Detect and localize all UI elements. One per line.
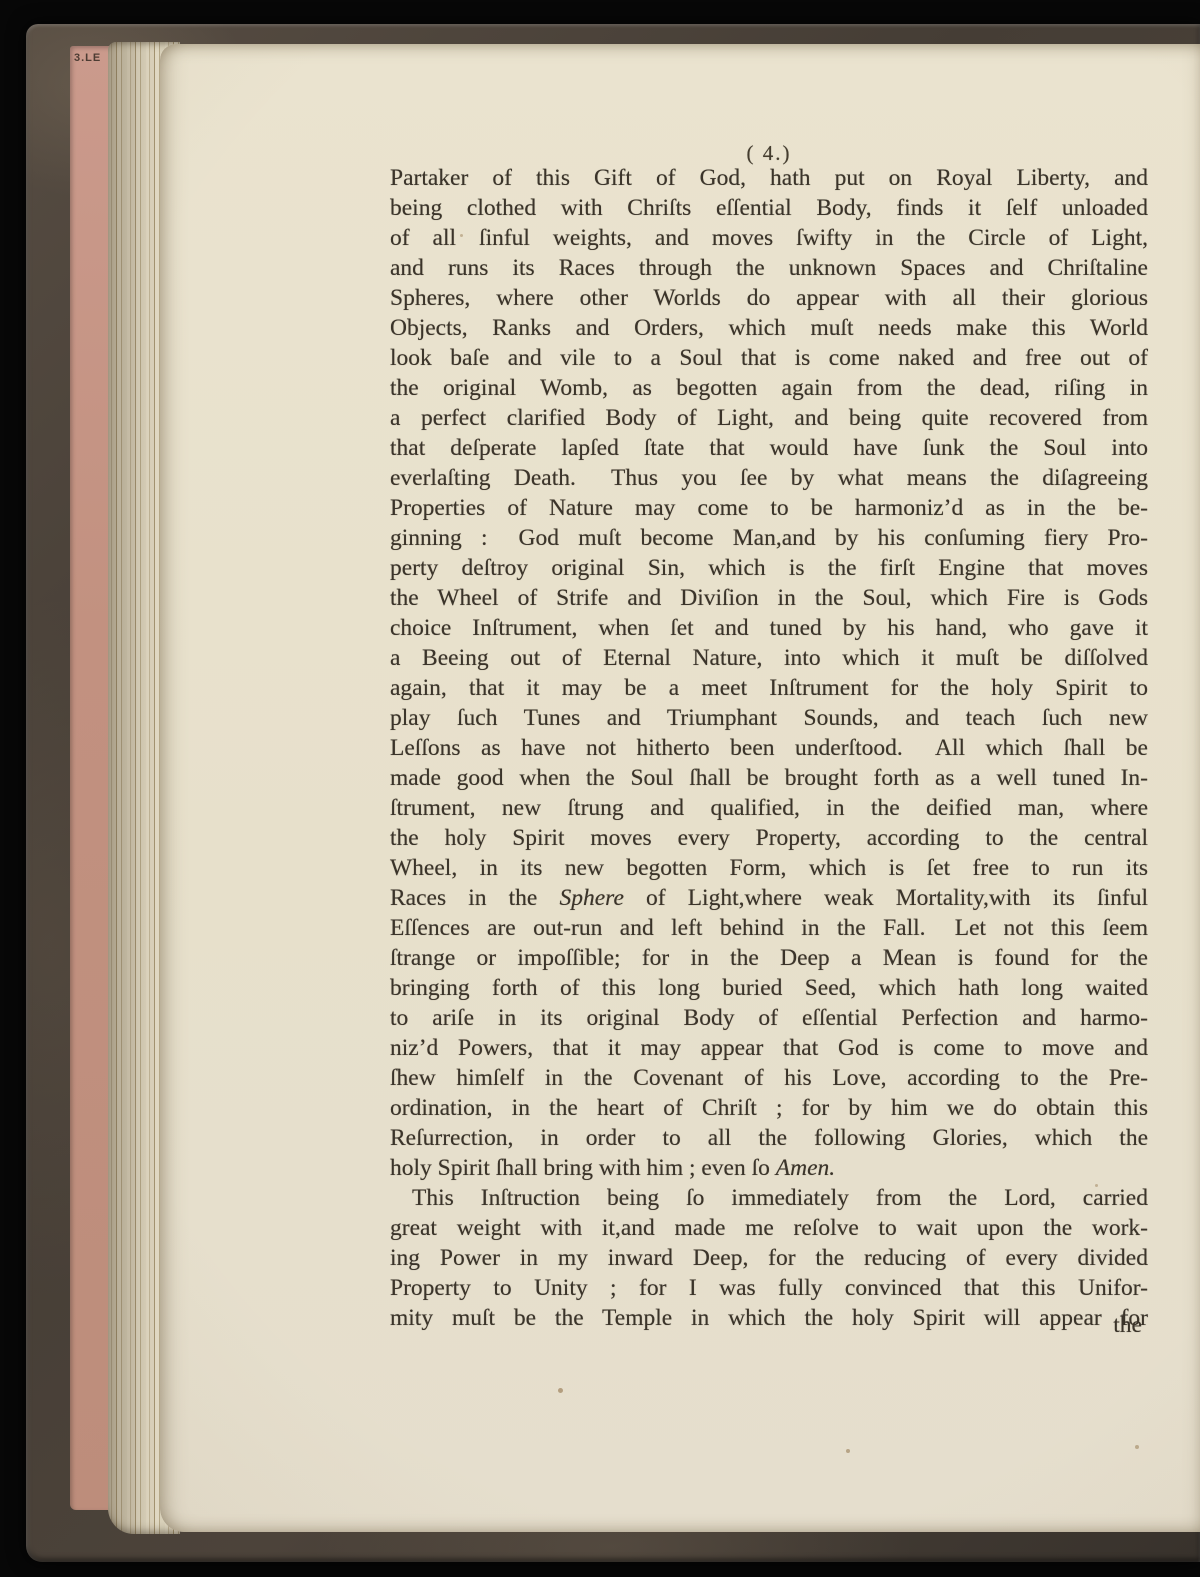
text-line: Wheel, in its new begotten Form, which i… xyxy=(390,853,1148,883)
text-line: Reſurrection, in order to all the follow… xyxy=(390,1123,1148,1153)
text-line: Races in the Sphere of Light,where weak … xyxy=(390,883,1148,913)
text-line: Eſſences are out-run and left behind in … xyxy=(390,913,1148,943)
text-line: bringing forth of this long buried Seed,… xyxy=(390,973,1148,1003)
scan-background: 3.LE ( 4.) Partaker of this Gift of God,… xyxy=(0,0,1200,1577)
text-line: Objects, Ranks and Orders, which muſt ne… xyxy=(390,313,1148,343)
text-line: holy Spirit ſhall bring with him ; even … xyxy=(390,1153,1148,1183)
text-line: being clothed with Chriſts eſſential Bod… xyxy=(390,193,1148,223)
text-line: of all ſinful weights, and moves ſwifty … xyxy=(390,223,1148,253)
paper-speck xyxy=(1135,1445,1139,1449)
text-line: a Beeing out of Eternal Nature, into whi… xyxy=(390,643,1148,673)
text-line: Properties of Nature may come to be harm… xyxy=(390,493,1148,523)
text-line: niz’d Powers, that it may appear that Go… xyxy=(390,1033,1148,1063)
text-line: the Wheel of Strife and Diviſion in the … xyxy=(390,583,1148,613)
text-line: ſtrument, new ſtrung and qualified, in t… xyxy=(390,793,1148,823)
text-line: the original Womb, as begotten again fro… xyxy=(390,373,1148,403)
text-line: great weight with it,and made me reſolve… xyxy=(390,1213,1148,1243)
text-line: Partaker of this Gift of God, hath put o… xyxy=(390,163,1148,193)
text-line: ſtrange or impoſſible; for in the Deep a… xyxy=(390,943,1148,973)
text-line: again, that it may be a meet Inſtrument … xyxy=(390,673,1148,703)
catchword: the xyxy=(390,1312,1142,1339)
text-line: and runs its Races through the unknown S… xyxy=(390,253,1148,283)
text-line: everlaſting Death. Thus you ſee by what … xyxy=(390,463,1148,493)
text-line: a perfect clarified Body of Light, and b… xyxy=(390,403,1148,433)
text-line: Spheres, where other Worlds do appear wi… xyxy=(390,283,1148,313)
text-line: ſhew himſelf in the Covenant of his Love… xyxy=(390,1063,1148,1093)
text-line: This Inſtruction being ſo immediately fr… xyxy=(390,1183,1148,1213)
text-line: ing Power in my inward Deep, for the red… xyxy=(390,1243,1148,1273)
text-line: that deſperate lapſed ſtate that would h… xyxy=(390,433,1148,463)
text-line: ordination, in the heart of Chriſt ; for… xyxy=(390,1093,1148,1123)
text-line: the holy Spirit moves every Property, ac… xyxy=(390,823,1148,853)
text-line: ginning : God muſt become Man,and by his… xyxy=(390,523,1148,553)
text-line: look baſe and vile to a Soul that is com… xyxy=(390,343,1148,373)
text-line: play ſuch Tunes and Triumphant Sounds, a… xyxy=(390,703,1148,733)
text-line: perty deſtroy original Sin, which is the… xyxy=(390,553,1148,583)
text-line: to ariſe in its original Body of eſſenti… xyxy=(390,1003,1148,1033)
text-block: Partaker of this Gift of God, hath put o… xyxy=(390,163,1148,1333)
text-line: Leſſons as have not hitherto been underſ… xyxy=(390,733,1148,763)
paper-speck xyxy=(846,1449,850,1453)
paper-speck xyxy=(558,1388,563,1393)
text-line: made good when the Soul ſhall be brought… xyxy=(390,763,1148,793)
text-line: choice Inſtrument, when ſet and tuned by… xyxy=(390,613,1148,643)
text-line: Property to Unity ; for I was fully conv… xyxy=(390,1273,1148,1303)
